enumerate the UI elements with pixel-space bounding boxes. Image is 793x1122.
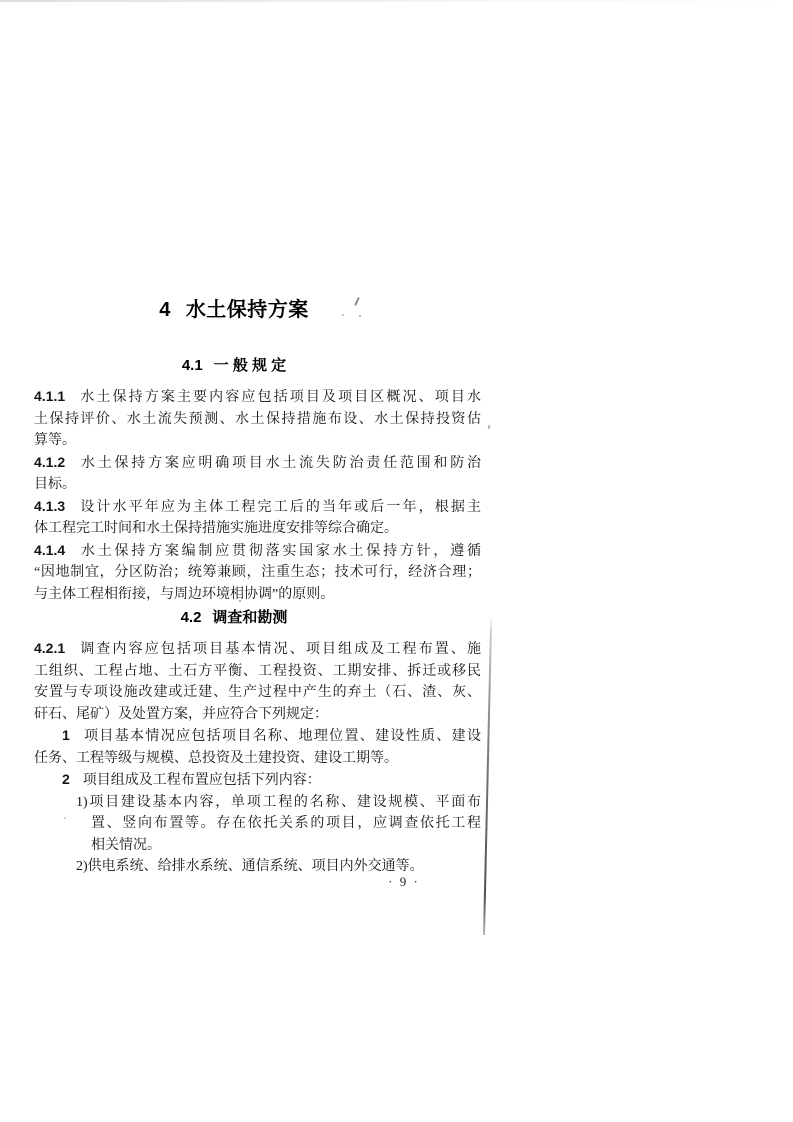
- text-line: 置、竖向布置等。存在依托关系的项目，应调查依托工程: [34, 813, 481, 835]
- line-text: 水土保持方案应明确项目水土流失防治责任范围和防治: [78, 456, 481, 471]
- text-line: 与主体工程相衔接，与周边环境相协调”的原则。: [34, 584, 481, 606]
- scan-speck: [488, 425, 491, 429]
- section-number: 4.1: [182, 357, 203, 374]
- text-line: 安置与专项设施改建或迁建、生产过程中产生的弃土（石、渣、灰、: [34, 682, 481, 704]
- scan-speck: [359, 315, 361, 317]
- item-number: 1: [62, 727, 70, 743]
- line-text: 项目组成及工程布置应包括下列内容：: [83, 773, 321, 788]
- section-title: 一 般 规 定: [214, 357, 287, 374]
- chapter-number: 4: [159, 299, 171, 321]
- text-line: 体工程完工时间和水土保持措施实施进度安排等综合确定。: [34, 518, 481, 540]
- text-line: 4.1.3设计水平年应为主体工程完工后的当年或后一年，根据主: [34, 496, 481, 519]
- text-line: 土保持评价、水土流失预测、水土保持措施布设、水土保持投资估: [34, 409, 481, 431]
- clause-label: 4.1.4: [34, 542, 65, 558]
- clause-label: 4.1.3: [34, 498, 65, 514]
- section-4-2-body: 4.2.1调查内容应包括项目基本情况、项目组成及工程布置、施 工组织、工程占地、…: [34, 638, 481, 878]
- text-line: 4.1.1水土保持方案主要内容应包括项目及项目区概况、项目水: [34, 386, 481, 409]
- text-line: 4.2.1调查内容应包括项目基本情况、项目组成及工程布置、施: [34, 638, 481, 661]
- chapter-heading: 4水土保持方案: [34, 299, 434, 321]
- item-number: 2: [62, 771, 70, 787]
- text-line: 2项目组成及工程布置应包括下列内容：: [34, 769, 481, 792]
- text-line: 相关情况。: [34, 835, 481, 857]
- text-line: 矸石、尾矿）及处置方案，并应符合下列规定：: [34, 704, 481, 726]
- scan-speck: [239, 600, 241, 602]
- chapter-title: 水土保持方案: [186, 299, 309, 321]
- text-line: 1)项目建设基本内容，单项工程的名称、建设规模、平面布: [34, 792, 481, 814]
- text-line: 1项目基本情况应包括项目名称、地理位置、建设性质、建设: [34, 725, 481, 748]
- line-text: 水土保持方案主要内容应包括项目及项目区概况、项目水: [78, 390, 481, 405]
- text-line: 4.1.4水土保持方案编制应贯彻落实国家水土保持方针，遵循: [34, 540, 481, 563]
- text-line: 任务、工程等级与规模、总投资及土建投资、建设工期等。: [34, 748, 481, 770]
- text-line: 工组织、工程占地、土石方平衡、工程投资、工期安排、拆迁或移民: [34, 661, 481, 683]
- text-line: 算等。: [34, 430, 481, 452]
- clause-label: 4.2.1: [34, 640, 65, 656]
- section-heading-4-2: 4.2调查和勘测: [34, 609, 434, 626]
- clause-label: 4.1.1: [34, 388, 65, 404]
- scan-artifact-vertical-line: [483, 616, 492, 935]
- line-text: 调查内容应包括项目基本情况、项目组成及工程布置、施: [78, 642, 481, 657]
- text-line: 4.1.2水土保持方案应明确项目水土流失防治责任范围和防治: [34, 452, 481, 475]
- section-heading-4-1: 4.1一 般 规 定: [34, 357, 434, 374]
- line-text: 水土保持方案编制应贯彻落实国家水土保持方针，遵循: [78, 544, 481, 559]
- section-4-1-body: 4.1.1水土保持方案主要内容应包括项目及项目区概况、项目水 土保持评价、水土流…: [34, 386, 481, 605]
- scan-speck: [342, 314, 344, 316]
- scan-top-edge-shadow: [0, 0, 793, 2]
- line-text: 项目基本情况应包括项目名称、地理位置、建设性质、建设: [83, 729, 481, 744]
- scan-speck: [64, 817, 66, 819]
- text-line: “因地制宜，分区防治；统筹兼顾，注重生态；技术可行，经济合理；: [34, 562, 481, 584]
- section-number: 4.2: [181, 609, 202, 626]
- page-number: · 9 ·: [382, 874, 426, 890]
- text-line: 目标。: [34, 474, 481, 496]
- section-title: 调查和勘测: [212, 609, 287, 626]
- clause-label: 4.1.2: [34, 454, 65, 470]
- line-text: 设计水平年应为主体工程完工后的当年或后一年，根据主: [78, 500, 481, 515]
- document-page: 4水土保持方案 4.1一 般 规 定 4.1.1水土保持方案主要内容应包括项目及…: [0, 0, 793, 1122]
